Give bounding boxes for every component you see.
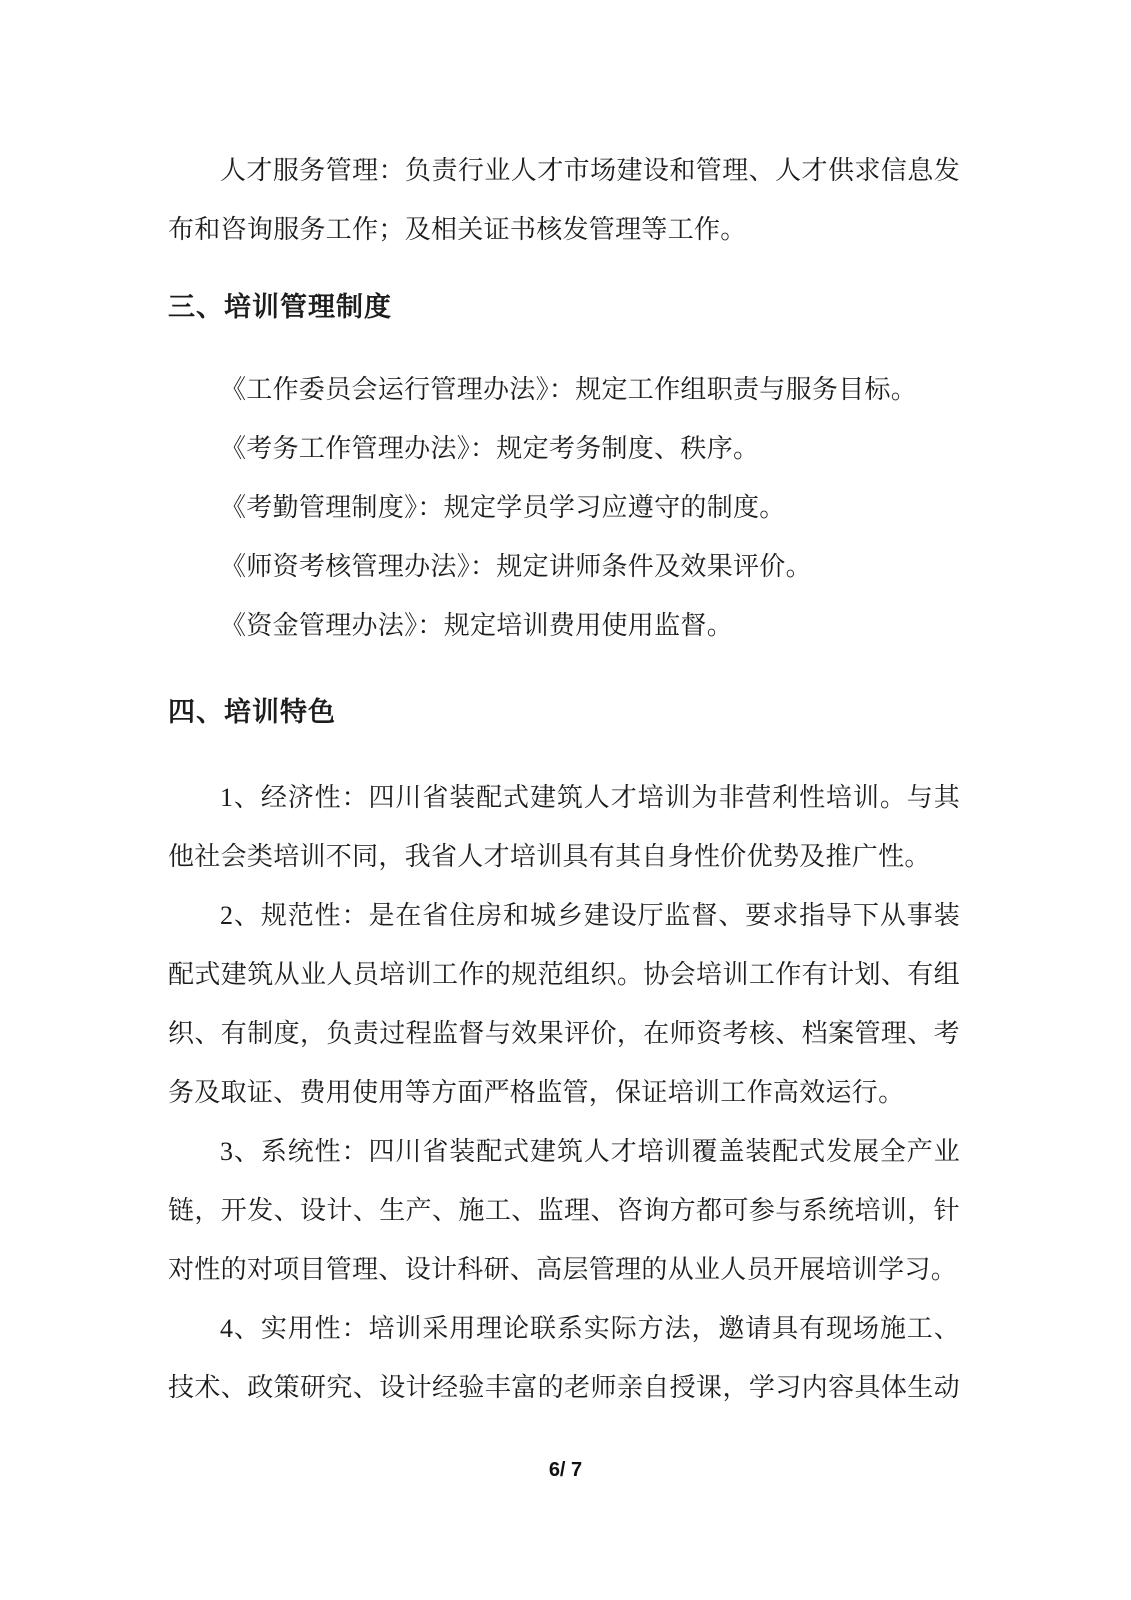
document-page: 人才服务管理：负责行业人才市场建设和管理、人才供求信息发 布和咨询服务工作；及相… [0, 0, 1131, 1600]
section-heading-training-management: 三、培训管理制度 [168, 278, 960, 337]
intro-paragraph-line-1: 人才服务管理：负责行业人才市场建设和管理、人才供求信息发 [168, 141, 960, 200]
feature-practicality-line-1: 4、实用性：培训采用理论联系实际方法，邀请具有现场施工、 [168, 1299, 960, 1358]
section-heading-training-features: 四、培训特色 [168, 683, 960, 742]
feature-systematic-line-1: 3、系统性：四川省装配式建筑人才培训覆盖装配式发展全产业 [168, 1122, 960, 1181]
rule-line-attendance: 《考勤管理制度》：规定学员学习应遵守的制度。 [168, 478, 960, 537]
feature-standardization-line-2: 配式建筑从业人员培训工作的规范组织。协会培训工作有计划、有组 [168, 945, 960, 1004]
feature-practicality-line-2: 技术、政策研究、设计经验丰富的老师亲自授课，学习内容具体生动 [168, 1358, 960, 1417]
intro-paragraph-line-2: 布和咨询服务工作；及相关证书核发管理等工作。 [168, 200, 960, 259]
rule-line-committee-operation: 《工作委员会运行管理办法》：规定工作组职责与服务目标。 [168, 360, 960, 419]
feature-standardization-line-3: 织、有制度，负责过程监督与效果评价，在师资考核、档案管理、考 [168, 1004, 960, 1063]
rule-line-teacher-assessment: 《师资考核管理办法》：规定讲师条件及效果评价。 [168, 537, 960, 596]
document-body: 人才服务管理：负责行业人才市场建设和管理、人才供求信息发 布和咨询服务工作；及相… [168, 0, 960, 1417]
rule-line-exam-affairs: 《考务工作管理办法》：规定考务制度、秩序。 [168, 419, 960, 478]
feature-systematic-line-2: 链，开发、设计、生产、施工、监理、咨询方都可参与系统培训，针 [168, 1181, 960, 1240]
feature-standardization-line-1: 2、规范性：是在省住房和城乡建设厅监督、要求指导下从事装 [168, 886, 960, 945]
feature-economy-line-2: 他社会类培训不同，我省人才培训具有其自身性价优势及推广性。 [168, 827, 960, 886]
feature-economy-line-1: 1、经济性：四川省装配式建筑人才培训为非营利性培训。与其 [168, 768, 960, 827]
page-number: 6/ 7 [0, 1455, 1131, 1485]
rule-line-funds-management: 《资金管理办法》：规定培训费用使用监督。 [168, 596, 960, 655]
feature-standardization-line-4: 务及取证、费用使用等方面严格监管，保证培训工作高效运行。 [168, 1063, 960, 1122]
feature-systematic-line-3: 对性的对项目管理、设计科研、高层管理的从业人员开展培训学习。 [168, 1240, 960, 1299]
